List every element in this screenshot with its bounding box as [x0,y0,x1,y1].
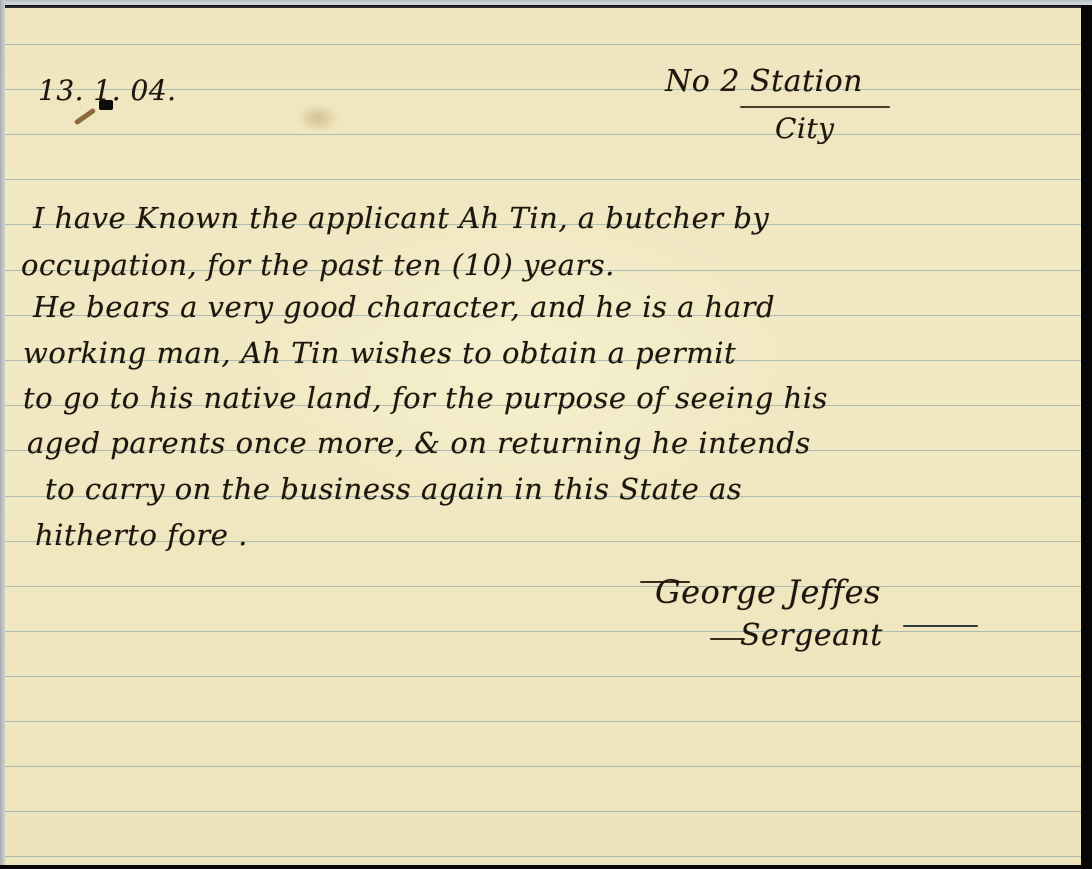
ruled-line [5,44,1081,45]
signature-rank: Sergeant [740,618,883,653]
ruled-line [5,766,1081,767]
ruled-line [5,811,1081,812]
ruled-line [5,676,1081,677]
ruled-line [5,586,1081,587]
ruled-line [5,134,1081,135]
body-line: to go to his native land, for the purpos… [23,381,828,415]
body-line: aged parents once more, & on returning h… [27,426,811,460]
ruled-line [5,631,1081,632]
scan-right-edge [1081,6,1092,869]
body-line: He bears a very good character, and he i… [33,290,775,324]
body-line: I have Known the applicant Ah Tin, a but… [33,201,769,235]
ruled-line [5,856,1081,857]
letter-page: 13. 1. 04. No 2 Station City I have Know… [5,6,1082,868]
scan-top-border [0,0,1092,5]
scan-bottom-edge [0,865,1092,869]
rank-underline [903,625,978,627]
ink-blot [99,100,113,110]
body-line: hitherto fore . [35,518,248,552]
body-line: occupation, for the past ten (10) years. [21,248,615,282]
ruled-line [5,721,1081,722]
ink-smudge [74,108,97,126]
body-line: working man, Ah Tin wishes to obtain a p… [23,336,736,370]
heading-underline [740,106,890,108]
ruled-line [5,179,1081,180]
location-heading: City [775,112,834,145]
station-heading: No 2 Station [665,64,863,99]
body-line: to carry on the business again in this S… [45,472,742,506]
signature-name: George Jeffes [655,573,881,611]
